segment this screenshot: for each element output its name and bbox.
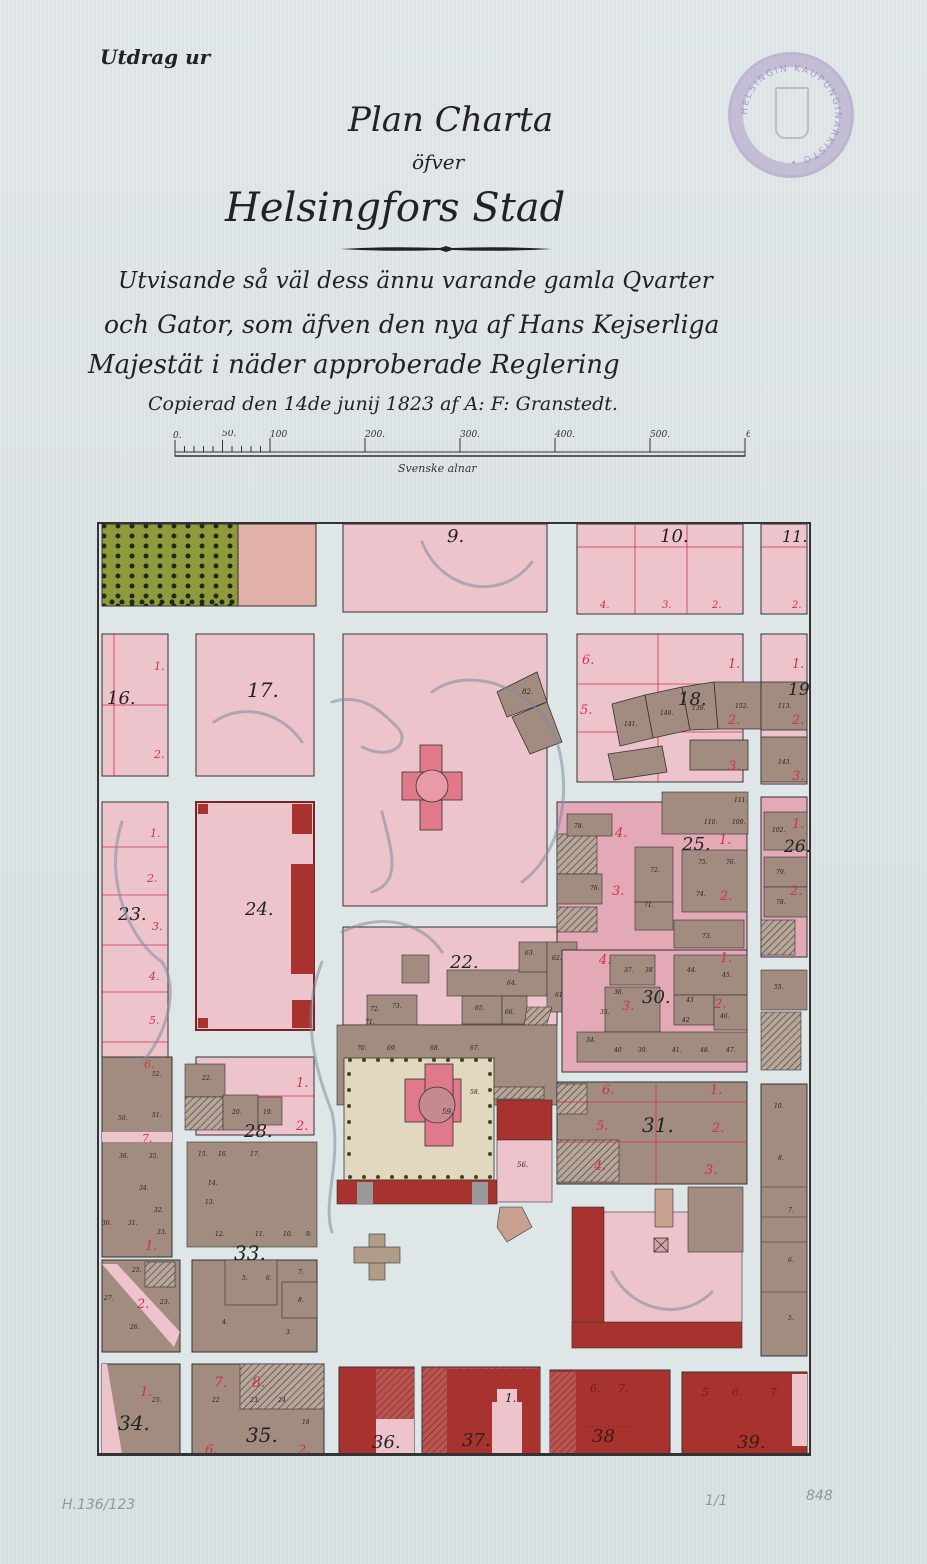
public-building-red — [572, 1187, 743, 1348]
svg-text:17.: 17. — [250, 1151, 260, 1158]
svg-text:1.: 1. — [792, 817, 804, 832]
svg-text:7.: 7. — [618, 1382, 629, 1395]
svg-text:73.: 73. — [392, 1003, 402, 1010]
svg-text:76.: 76. — [726, 859, 736, 866]
svg-text:2.: 2. — [297, 1443, 310, 1456]
svg-text:143.: 143. — [778, 759, 791, 766]
svg-text:46.: 46. — [719, 1013, 730, 1020]
svg-text:2.: 2. — [153, 748, 165, 761]
svg-text:56.: 56. — [517, 1161, 528, 1169]
svg-text:70.: 70. — [357, 1045, 367, 1052]
svg-text:34.: 34. — [118, 1411, 150, 1435]
svg-text:59.: 59. — [442, 1108, 453, 1116]
svg-text:25.: 25. — [131, 1267, 142, 1274]
svg-text:33.: 33. — [157, 1229, 167, 1236]
svg-text:7.: 7. — [788, 1207, 794, 1214]
svg-text:1.: 1. — [720, 951, 732, 966]
svg-text:2.: 2. — [791, 600, 802, 611]
svg-text:3.: 3. — [662, 600, 672, 611]
svg-text:18: 18 — [302, 1419, 310, 1426]
svg-text:58.: 58. — [470, 1089, 480, 1096]
svg-text:43: 43 — [685, 997, 694, 1004]
svg-text:6.: 6. — [590, 1382, 601, 1395]
svg-text:1.: 1. — [140, 1385, 152, 1400]
svg-text:25.: 25. — [151, 1397, 162, 1404]
svg-text:5.: 5. — [788, 1315, 794, 1322]
svg-text:3.: 3. — [622, 999, 634, 1014]
svg-text:141.: 141. — [624, 721, 637, 728]
svg-text:2.: 2. — [295, 1119, 308, 1134]
svg-text:82.: 82. — [522, 688, 533, 696]
svg-text:69.: 69. — [387, 1045, 397, 1052]
svg-text:8.: 8. — [778, 1155, 784, 1162]
svg-text:8.: 8. — [252, 1375, 265, 1391]
svg-text:3.: 3. — [792, 769, 804, 784]
svg-text:4.: 4. — [593, 1159, 606, 1174]
svg-text:10.: 10. — [774, 1103, 784, 1110]
svg-text:140.: 140. — [660, 710, 673, 717]
archive-mark: 848 — [806, 1488, 833, 1504]
svg-text:1.: 1. — [296, 1076, 308, 1091]
svg-text:44.: 44. — [686, 967, 697, 974]
shield-icon — [775, 87, 809, 139]
svg-text:111.: 111. — [734, 797, 747, 804]
scale-tick-100: 100 — [270, 430, 287, 440]
svg-text:3.: 3. — [728, 759, 740, 774]
svg-text:6.: 6. — [788, 1257, 794, 1264]
svg-text:7.: 7. — [298, 1269, 304, 1276]
svg-text:2.: 2. — [719, 889, 732, 904]
svg-text:34.: 34. — [139, 1185, 149, 1192]
svg-text:35.: 35. — [246, 1423, 278, 1447]
svg-text:22.: 22. — [201, 1075, 212, 1082]
svg-text:37.: 37. — [624, 967, 634, 974]
svg-text:4.: 4. — [221, 1319, 228, 1326]
svg-text:5: 5 — [702, 1386, 709, 1399]
svg-text:3.: 3. — [705, 1163, 717, 1178]
scale-unit-label: Svenske alnar — [398, 462, 477, 475]
svg-text:2.: 2. — [136, 1297, 149, 1312]
svg-text:23.: 23. — [117, 904, 147, 925]
subtitle-line-2: och Gator, som äfven den nya af Hans Kej… — [104, 310, 719, 339]
svg-text:4.: 4. — [148, 970, 160, 983]
svg-text:37.: 37. — [462, 1430, 491, 1451]
svg-text:152.: 152. — [735, 703, 748, 710]
title-helsingfors-stad: Helsingfors Stad — [225, 185, 565, 231]
svg-text:24: 24 — [277, 1397, 286, 1404]
svg-text:63.: 63. — [525, 950, 535, 957]
svg-text:9.: 9. — [447, 526, 464, 547]
svg-text:19.: 19. — [263, 1109, 273, 1116]
svg-text:2.: 2. — [713, 997, 726, 1012]
svg-text:20.: 20. — [231, 1109, 242, 1116]
city-plan-map: 9. 10. 4. 3. 2. 11. 2. 16. 1. 2. 17. 82.… — [97, 522, 811, 1456]
svg-text:34.: 34. — [586, 1037, 596, 1044]
scale-tick-400: 400. — [554, 430, 575, 440]
svg-text:31.: 31. — [128, 1220, 138, 1227]
svg-text:23.: 23. — [159, 1299, 170, 1306]
svg-text:42: 42 — [681, 1017, 690, 1024]
svg-text:1.: 1. — [505, 1391, 516, 1405]
svg-text:35.: 35. — [149, 1153, 159, 1160]
quarter-church-square — [343, 634, 547, 906]
svg-text:17.: 17. — [247, 678, 279, 702]
archive-stamp: HELSINGIN KAUPUNGINARKISTO • — [728, 52, 854, 178]
svg-text:110.: 110. — [704, 819, 717, 826]
svg-text:8.: 8. — [298, 1297, 304, 1304]
svg-text:6.: 6. — [205, 1443, 217, 1456]
svg-text:73.: 73. — [702, 933, 712, 940]
svg-text:2.: 2. — [791, 713, 804, 728]
svg-text:1.: 1. — [719, 833, 731, 848]
svg-text:36.: 36. — [119, 1153, 129, 1160]
svg-text:38: 38 — [645, 967, 653, 974]
svg-text:1.: 1. — [154, 660, 165, 673]
svg-text:5.: 5. — [149, 1014, 160, 1027]
svg-text:16.: 16. — [107, 688, 136, 709]
svg-text:41.: 41. — [671, 1047, 682, 1054]
svg-text:38: 38 — [592, 1426, 615, 1447]
quarter-27 — [102, 1057, 172, 1257]
svg-text:1.: 1. — [150, 827, 161, 840]
subtitle-line-3: Majestät i näder approberade Reglering — [88, 350, 620, 380]
svg-text:3.: 3. — [612, 884, 624, 899]
svg-text:2.: 2. — [146, 872, 158, 885]
svg-text:7.: 7. — [142, 1132, 153, 1145]
svg-text:7.: 7. — [214, 1375, 227, 1391]
svg-text:6.: 6. — [602, 1083, 614, 1098]
svg-text:62.: 62. — [552, 955, 562, 962]
svg-text:24.: 24. — [244, 899, 274, 920]
svg-text:35.: 35. — [600, 1009, 610, 1016]
svg-text:26.: 26. — [783, 837, 811, 857]
scale-bar: 0. 50. 100 200. 300. 400. 500. 600. Sven… — [170, 430, 750, 480]
svg-text:48.: 48. — [699, 1047, 710, 1054]
svg-text:23.: 23. — [249, 1397, 260, 1404]
svg-text:18.: 18. — [678, 689, 707, 710]
svg-text:30.: 30. — [642, 987, 671, 1008]
svg-text:14.: 14. — [208, 1180, 218, 1187]
svg-text:11.: 11. — [255, 1231, 265, 1238]
svg-text:2.: 2. — [789, 884, 802, 899]
svg-text:30.: 30. — [102, 1220, 112, 1227]
scale-tick-300: 300. — [460, 430, 480, 440]
svg-text:75.: 75. — [698, 859, 708, 866]
title-plan-charta: Plan Charta — [348, 100, 553, 140]
svg-text:51.: 51. — [152, 1112, 162, 1119]
svg-text:12.: 12. — [215, 1231, 225, 1238]
svg-text:67.: 67. — [470, 1045, 480, 1052]
svg-text:78.: 78. — [776, 899, 786, 906]
quarter-9 — [343, 524, 547, 612]
park-green-area — [102, 524, 238, 606]
svg-text:113.: 113. — [778, 703, 791, 710]
svg-text:6.: 6. — [266, 1275, 272, 1282]
svg-text:3.: 3. — [286, 1329, 292, 1336]
svg-text:32.: 32. — [154, 1207, 164, 1214]
svg-text:6.: 6. — [582, 653, 594, 668]
title-ofver: öfver — [412, 150, 464, 174]
svg-text:1.: 1. — [710, 1083, 722, 1098]
svg-text:76.: 76. — [590, 885, 600, 892]
svg-text:71.: 71. — [644, 902, 654, 909]
svg-text:4.: 4. — [599, 600, 610, 611]
svg-text:1.: 1. — [145, 1239, 157, 1254]
svg-text:3.: 3. — [152, 920, 163, 933]
svg-text:36.: 36. — [372, 1432, 401, 1453]
svg-text:33.: 33. — [234, 1241, 266, 1265]
svg-text:26.: 26. — [129, 1324, 140, 1331]
scale-tick-0: 0. — [173, 431, 182, 441]
svg-text:47.: 47. — [725, 1047, 736, 1054]
svg-text:5.: 5. — [596, 1119, 608, 1134]
svg-text:52.: 52. — [152, 1071, 162, 1078]
svg-text:22: 22 — [211, 1397, 220, 1404]
svg-text:55.: 55. — [774, 984, 784, 991]
svg-text:1.: 1. — [792, 657, 804, 672]
svg-text:39.: 39. — [737, 1432, 766, 1453]
svg-text:36.: 36. — [614, 989, 624, 996]
svg-text:65.: 65. — [475, 1005, 485, 1012]
svg-text:78.: 78. — [574, 823, 584, 830]
scale-tick-500: 500. — [650, 430, 670, 440]
east-column-block — [761, 1084, 807, 1356]
svg-text:2.: 2. — [711, 600, 722, 611]
svg-text:66.: 66. — [505, 1009, 515, 1016]
svg-text:16.: 16. — [218, 1151, 228, 1158]
svg-text:5.: 5. — [580, 703, 592, 718]
quarter-17 — [196, 634, 314, 776]
scale-tick-200: 200. — [364, 430, 385, 440]
subtitle-line-1: Utvisande så väl dess ännu varande gamla… — [118, 268, 713, 294]
svg-text:64.: 64. — [507, 980, 517, 987]
svg-text:1.: 1. — [728, 657, 740, 672]
svg-text:5.: 5. — [242, 1275, 248, 1282]
svg-text:6.: 6. — [732, 1386, 743, 1399]
svg-text:4.: 4. — [598, 953, 611, 968]
extract-label: Utdrag ur — [100, 45, 210, 69]
svg-text:15.: 15. — [198, 1151, 208, 1158]
svg-text:68.: 68. — [430, 1045, 440, 1052]
svg-text:11.: 11. — [782, 527, 807, 546]
catalog-reference: H.136/123 — [62, 1497, 135, 1513]
svg-text:7.: 7. — [770, 1386, 781, 1399]
svg-text:31.: 31. — [642, 1113, 674, 1137]
scale-tick-50: 50. — [222, 430, 236, 439]
svg-text:79.: 79. — [776, 869, 786, 876]
svg-text:4.: 4. — [614, 826, 627, 841]
svg-text:2.: 2. — [727, 713, 740, 728]
svg-text:10.: 10. — [660, 526, 689, 547]
sheet-mark: 1/1 — [705, 1493, 728, 1509]
scale-tick-600: 600. — [746, 430, 750, 440]
svg-text:2.: 2. — [711, 1121, 724, 1136]
svg-text:10.: 10. — [283, 1231, 293, 1238]
svg-text:45.: 45. — [721, 972, 732, 979]
svg-text:74.: 74. — [696, 891, 706, 898]
svg-text:109.: 109. — [732, 819, 745, 826]
svg-text:40: 40 — [613, 1047, 622, 1054]
svg-text:72.: 72. — [370, 1006, 380, 1013]
svg-text:102.: 102. — [772, 827, 785, 834]
svg-text:27.: 27. — [103, 1295, 114, 1302]
title-flourish-icon — [340, 246, 552, 252]
svg-text:39.: 39. — [638, 1047, 648, 1054]
svg-text:72.: 72. — [650, 867, 660, 874]
svg-text:28.: 28. — [243, 1121, 273, 1142]
svg-text:50.: 50. — [118, 1115, 128, 1122]
svg-text:13.: 13. — [205, 1199, 215, 1206]
svg-text:25.: 25. — [681, 834, 711, 855]
copy-note: Copierad den 14de junij 1823 af A: F: Gr… — [148, 393, 618, 415]
svg-text:22.: 22. — [449, 952, 479, 973]
svg-text:9.: 9. — [306, 1231, 312, 1238]
svg-text:19.: 19. — [788, 680, 811, 700]
